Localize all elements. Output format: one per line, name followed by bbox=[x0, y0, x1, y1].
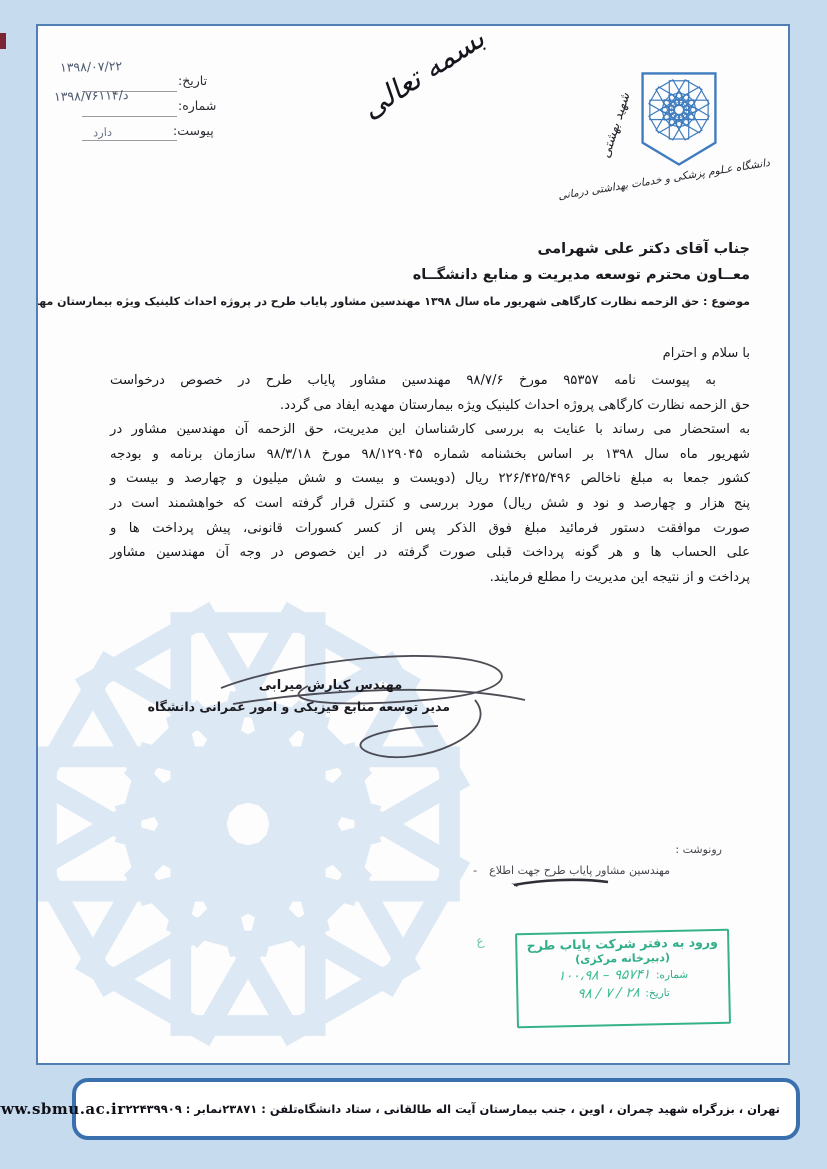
receipt-stamp: ورود به دفتر شرکت پایاب طرح (دبیرخانه مر… bbox=[515, 929, 731, 1028]
body-line: شهریور ماه سال ۱۳۹۸ بر اساس بخشنامه شمار… bbox=[110, 443, 750, 468]
handwritten-number: ۱۳۹۸/د/۷۶۱۱۴ bbox=[54, 87, 129, 104]
attachment-label: پیوست: bbox=[173, 123, 214, 138]
recipient-name: جناب آقای دکتر علی شهرامی bbox=[537, 241, 750, 257]
bismillah-calligraphy: بسمه تعالی bbox=[343, 56, 503, 151]
scan-artifact-red-mark bbox=[0, 33, 6, 49]
body-line: به استحضار می رساند با عنایت به بررسی کا… bbox=[110, 418, 750, 443]
subject-line: موضوع : حق الزحمه نظارت کارگاهی شهریور م… bbox=[36, 295, 750, 308]
letter-body: به پیوست نامه ۹۵۳۵۷ مورخ ۹۸/۷/۶ مهندسین … bbox=[110, 369, 750, 590]
stamp-number-row: شماره: ۱۰۰،۹۸ – ۹۵۷۴۱ bbox=[518, 965, 728, 985]
footer-phone: تلفن : ۲۳۸۷۱ bbox=[222, 1102, 297, 1116]
signature-title: مدیر توسعه منابع فیزیکی و امور عمرانی دا… bbox=[150, 699, 450, 714]
footer-fax: نمابر : ۲۲۴۳۹۹۰۹ bbox=[126, 1102, 223, 1116]
stamp-date-label: تاریخ: bbox=[645, 987, 670, 1000]
university-emblem-watermark bbox=[36, 514, 558, 1065]
body-line: صورت موافقت دستور فرمائید مبلغ فوق الذکر… bbox=[110, 517, 750, 542]
recipient-title: معــاون محترم توسعه مدیریت و منابع دانشگ… bbox=[413, 267, 750, 283]
cc-dash: - bbox=[473, 864, 477, 877]
body-line: حق الزحمه نظارت کارگاهی پروژه احداث کلین… bbox=[110, 394, 750, 419]
number-line bbox=[82, 115, 177, 117]
stamp-date-row: تاریخ: ۹۸ / ۷ / ۲۸ bbox=[518, 983, 728, 1003]
stamp-date-handwritten: ۹۸ / ۷ / ۲۸ bbox=[576, 985, 640, 1002]
handwritten-date: ۱۳۹۸/۰۷/۲۲ bbox=[60, 58, 123, 75]
scanned-letter: ۱۳۹۸/۰۷/۲۲ تاریخ: ۱۳۹۸/د/۷۶۱۱۴ شماره: پی… bbox=[0, 0, 827, 1169]
letter-page: ۱۳۹۸/۰۷/۲۲ تاریخ: ۱۳۹۸/د/۷۶۱۱۴ شماره: پی… bbox=[36, 24, 790, 1065]
body-line: پرداخت و از نتیجه این مدیریت را مطلع فرم… bbox=[110, 566, 750, 591]
stamp-number-handwritten: ۱۰۰،۹۸ – ۹۵۷۴۱ bbox=[557, 966, 651, 984]
body-line: پنج هزار و چهارصد و نود و شش ریال) مورد … bbox=[110, 492, 750, 517]
body-line: کشور جمعا به مبلغ ناخالص ۲۲۶/۴۲۵/۴۹۶ ریا… bbox=[110, 467, 750, 492]
logo-caption-side: شهید بهشتی bbox=[598, 91, 633, 160]
cc-item-row: - مهندسین مشاور پایاب طرح جهت اطلاع bbox=[473, 864, 670, 877]
university-logo-icon bbox=[638, 68, 720, 170]
pen-underline bbox=[508, 877, 612, 891]
stamp-number-label: شماره: bbox=[656, 969, 688, 982]
handwritten-attachment: دارد bbox=[93, 125, 112, 140]
number-label: شماره: bbox=[178, 98, 216, 113]
signature-name: مهندس کیارش میرابی bbox=[243, 678, 418, 693]
body-line: به پیوست نامه ۹۵۳۵۷ مورخ ۹۸/۷/۶ مهندسین … bbox=[110, 369, 750, 394]
salutation: با سلام و احترام bbox=[663, 346, 750, 361]
bismillah-text: بسمه تعالی bbox=[355, 24, 490, 125]
footer-website: www.sbmu.ac.ir bbox=[0, 1100, 126, 1118]
body-line: علی الحساب ها و هر گونه پرداخت قبلی صورت… bbox=[110, 541, 750, 566]
cc-item: مهندسین مشاور پایاب طرح جهت اطلاع bbox=[489, 864, 670, 877]
footer-address-bar: تهران ، بزرگراه شهید چمران ، اوین ، جنب … bbox=[72, 1078, 800, 1140]
attachment-line bbox=[82, 139, 177, 141]
cc-label: رونوشت : bbox=[675, 843, 722, 856]
date-label: تاریخ: bbox=[178, 73, 207, 88]
footer-address: تهران ، بزرگراه شهید چمران ، اوین ، جنب … bbox=[298, 1102, 780, 1116]
